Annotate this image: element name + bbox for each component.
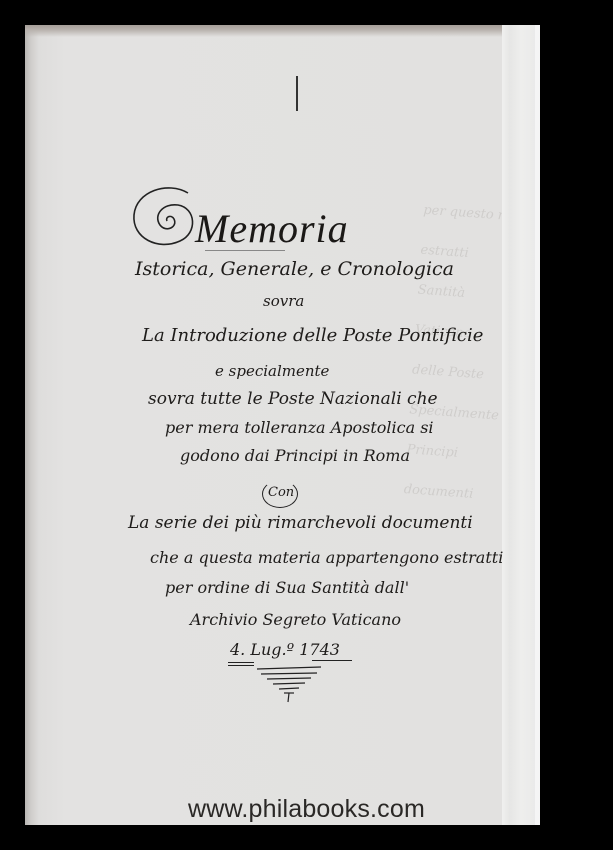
body-line: Archivio Segreto Vaticano xyxy=(190,610,401,629)
date-day: 4. xyxy=(230,640,245,659)
subtitle-line: per mera tolleranza Apostolica si xyxy=(165,418,434,437)
body-line: che a questa materia appartengono estrat… xyxy=(150,548,503,567)
date-line: 4. Lug.º 1743 xyxy=(230,640,340,659)
date-underline xyxy=(228,665,254,666)
body-line: La serie dei più rimarchevoli documenti xyxy=(128,513,473,533)
watermark: www.philabooks.com xyxy=(0,795,613,824)
subtitle-line: La Introduzione delle Poste Pontificie xyxy=(142,325,483,346)
body-line: per ordine di Sua Santità dall' xyxy=(165,578,409,597)
subtitle-line: e specialmente xyxy=(215,362,329,380)
subtitle-line: Istorica, Generale, e Cronologica xyxy=(135,258,454,280)
subtitle-line: sovra tutte le Poste Nazionali che xyxy=(148,389,438,409)
date-underline xyxy=(312,660,352,661)
closing-flourish-icon xyxy=(255,665,325,705)
date-month: Lug.º xyxy=(250,640,294,659)
con-word: Con xyxy=(268,485,294,500)
title-underline xyxy=(205,250,285,251)
title: Memoria xyxy=(195,205,349,252)
manuscript-text: Memoria Istorica, Generale, e Cronologic… xyxy=(0,0,613,850)
date-year: 1743 xyxy=(299,640,340,659)
date-underline xyxy=(228,662,254,663)
subtitle-line: sovra xyxy=(263,292,304,310)
subtitle-line: godono dai Principi in Roma xyxy=(180,446,410,465)
